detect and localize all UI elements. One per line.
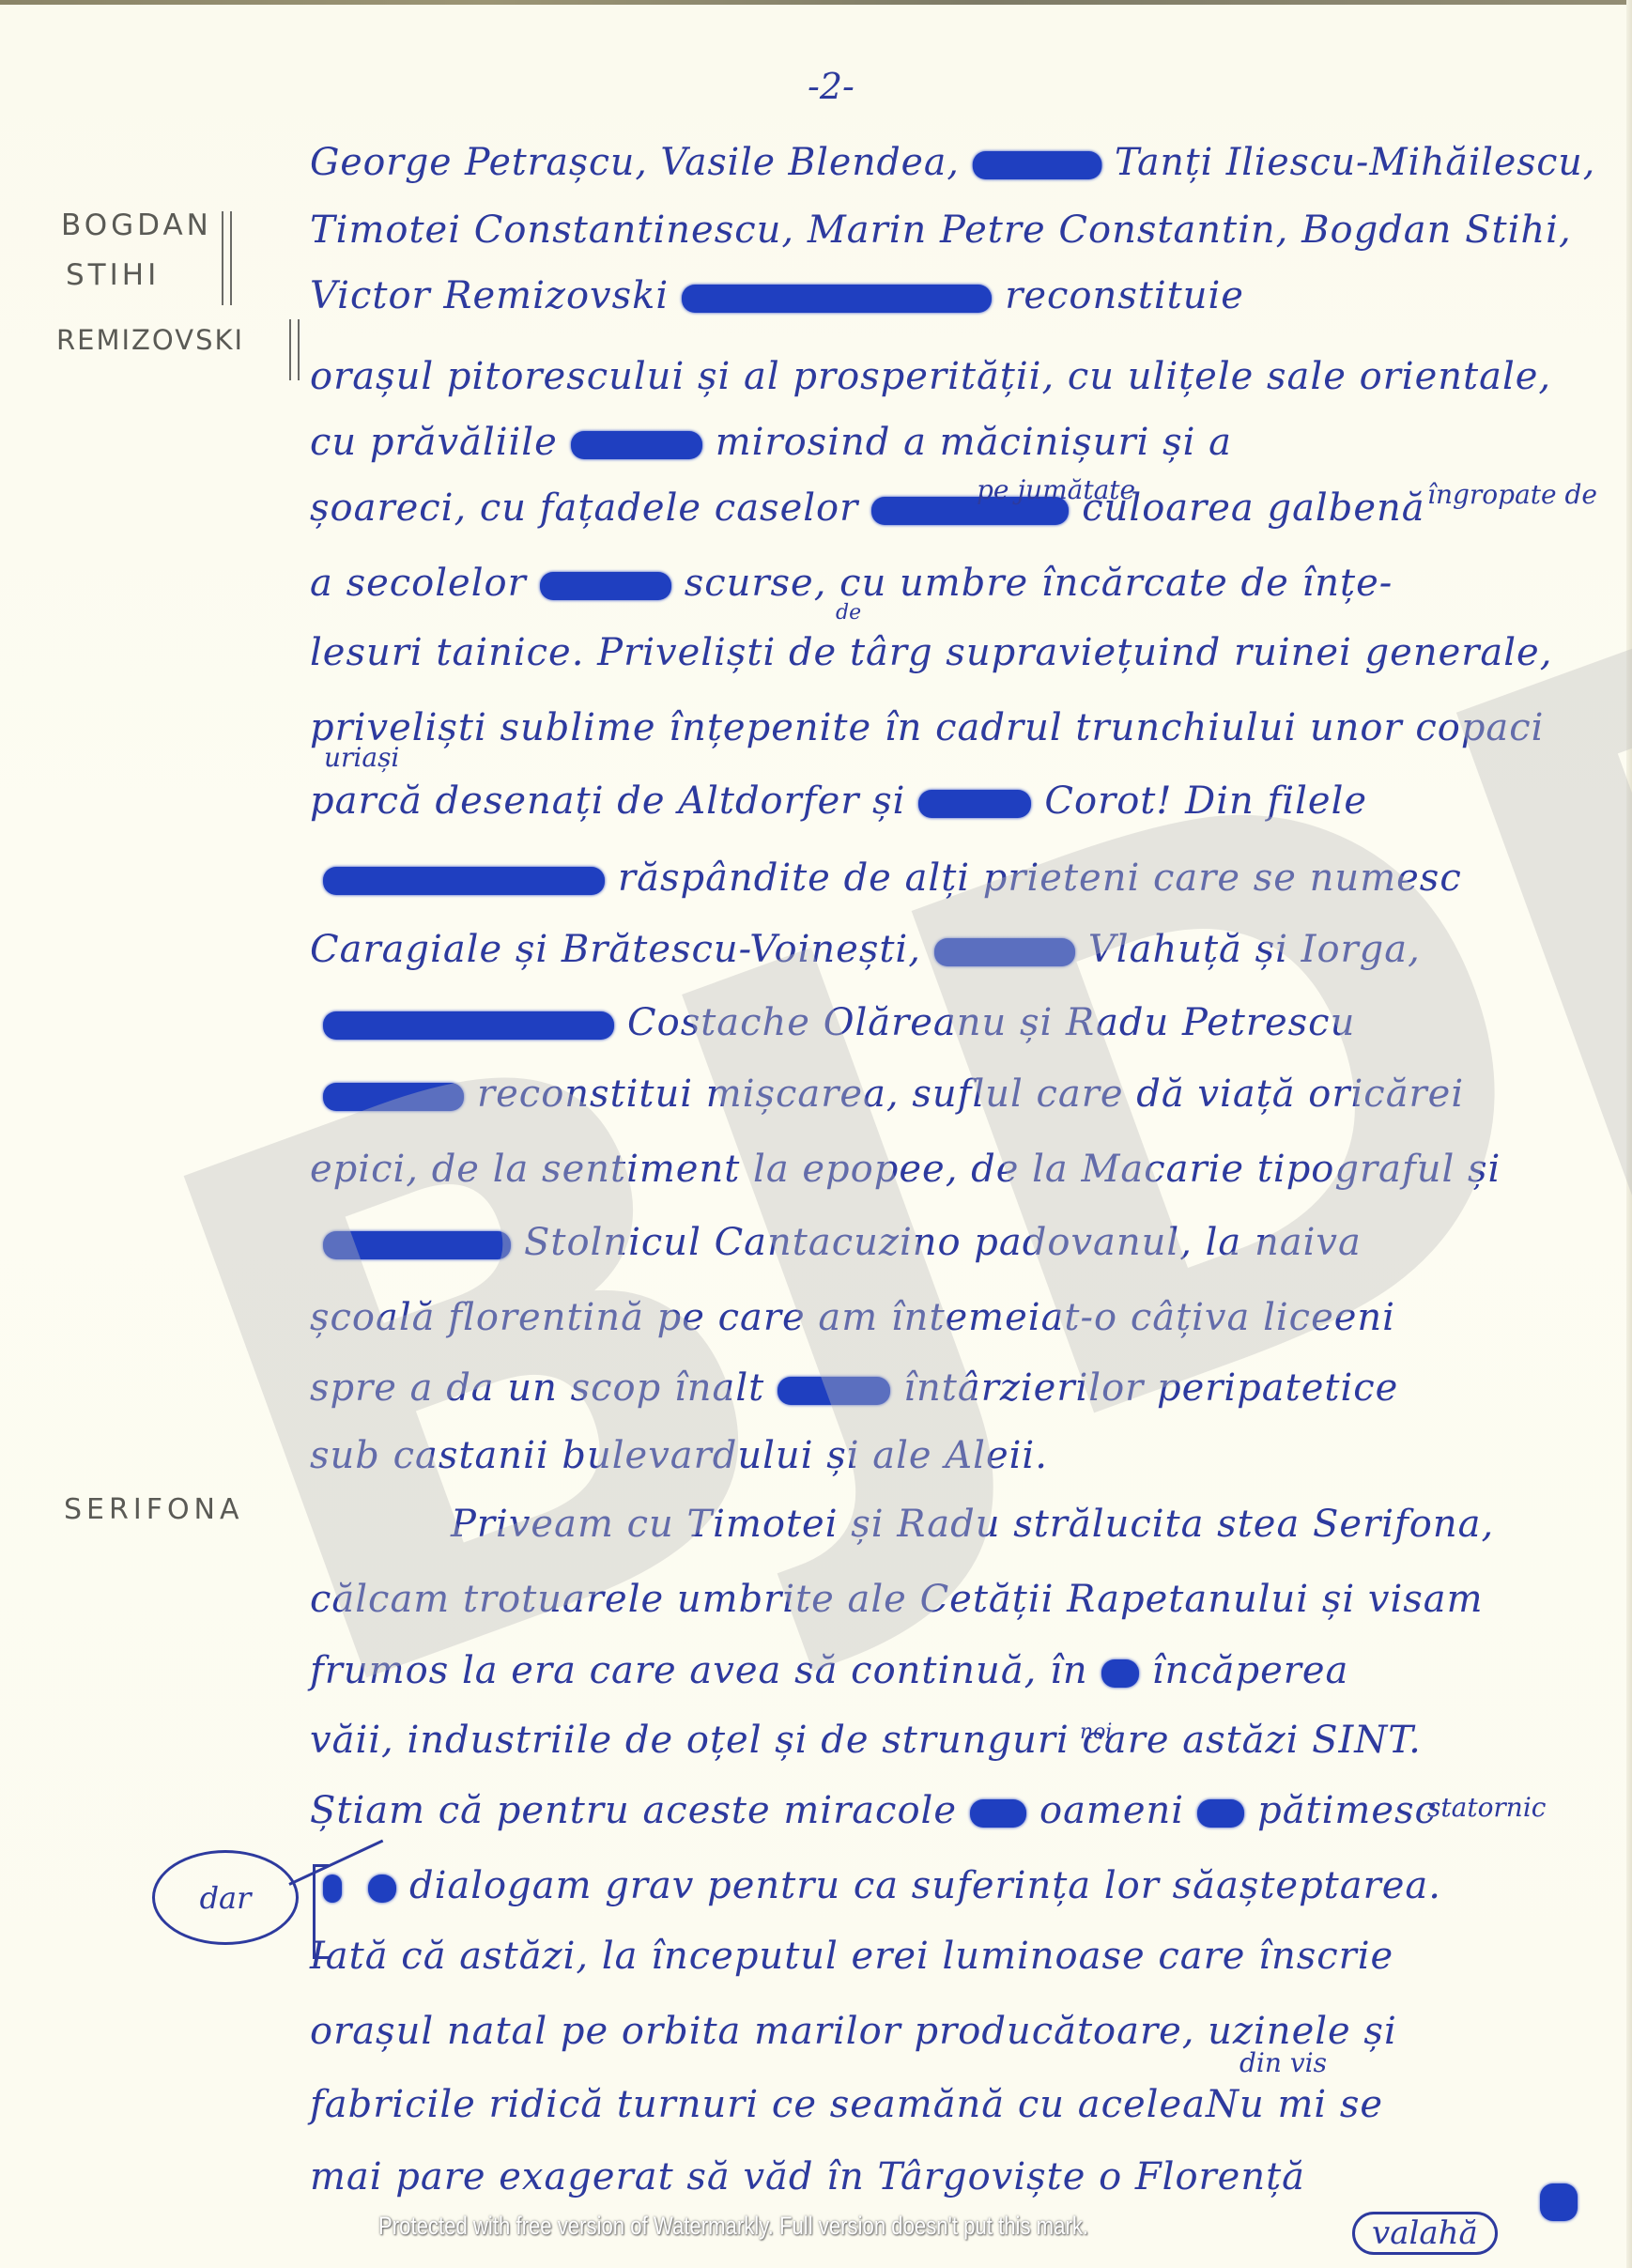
margin-note-remizovski: REMIZOVSKI	[56, 324, 244, 356]
redaction-mark	[1101, 1659, 1139, 1688]
redaction-mark	[973, 151, 1102, 179]
paper-right-edge	[1626, 0, 1632, 2268]
line-text: reconstitui mișcarea, suflul care dă via…	[477, 1072, 1464, 1116]
insertion-de: de	[836, 601, 861, 625]
manuscript-line: dialogam grav pentru ca suferința lor să…	[310, 1864, 1441, 1907]
line-text: Costache Olăreanu și Radu Petrescu	[627, 1001, 1355, 1044]
margin-double-bar	[289, 319, 300, 380]
line-text: epici, de la sentiment la epopee, de la …	[310, 1148, 1501, 1191]
line-text: întârzierilor peripatetice	[903, 1366, 1398, 1410]
note-text: dar	[200, 1880, 252, 1916]
insertion-pe-jumatate: pe jumătate	[977, 474, 1135, 505]
redaction-mark	[778, 1377, 890, 1405]
redaction-mark	[540, 572, 671, 600]
manuscript-line: Caragiale și Brătescu-Voinești,Vlahuță ș…	[310, 928, 1421, 971]
line-text: Nu mi se	[1206, 2083, 1383, 2126]
redaction-mark	[934, 938, 1075, 966]
line-text: frumos la era care avea să continuă, în	[310, 1649, 1088, 1692]
manuscript-line: parcă desenați de Altdorfer șiCorot! Din…	[310, 779, 1367, 823]
line-text: orașul natal pe orbita marilor producăto…	[310, 2010, 1397, 2053]
insertion-uriasi: uriași	[324, 742, 399, 773]
paper-top-edge	[0, 0, 1632, 5]
redaction-mark	[323, 1011, 614, 1040]
redaction-mark	[1540, 2183, 1578, 2221]
manuscript-line: priveliști sublime înțepenite în cadrul …	[310, 706, 1544, 749]
insertion-noi: noi	[1080, 1720, 1112, 1744]
line-text: răspândite de alți prieteni care se nume…	[618, 856, 1462, 900]
redaction-mark	[323, 1875, 342, 1903]
line-text: orașul pitorescului și al prosperității,…	[310, 355, 1551, 398]
line-text: Știam că pentru aceste miracole	[310, 1789, 957, 1832]
manuscript-line: Iată că astăzi, la începutul erei lumino…	[310, 1935, 1393, 1978]
insertion-ingropate-de: îngropate de	[1427, 479, 1597, 510]
redaction-mark	[1197, 1799, 1244, 1828]
line-text: parcă desenați de Altdorfer și	[310, 779, 905, 823]
line-text: George Petrașcu, Vasile Blendea,	[310, 141, 960, 184]
watermarkly-notice: Protected with free version of Watermark…	[378, 2212, 1088, 2241]
line-text: văii, industriile de oțel și de strungur…	[310, 1719, 1422, 1762]
manuscript-line: răspândite de alți prieteni care se nume…	[310, 856, 1462, 900]
manuscript-line: Știam că pentru aceste miracoleoamenipăt…	[310, 1789, 1437, 1832]
line-text: mai pare exagerat să văd în Târgoviște o…	[310, 2155, 1305, 2199]
manuscript-line: fabricile ridică turnuri ce seamănă cu a…	[310, 2083, 1383, 2126]
line-text: dialogam grav pentru ca suferința lor să	[409, 1864, 1216, 1907]
manuscript-line: orașul pitorescului și al prosperității,…	[310, 355, 1551, 398]
line-text: spre a da un scop înalt	[310, 1366, 764, 1410]
line-text: șoareci, cu fațadele caselor	[310, 486, 858, 530]
line-text: mirosind a măcinișuri și a	[716, 421, 1232, 464]
manuscript-line: Costache Olăreanu și Radu Petrescu	[310, 1001, 1355, 1044]
margin-note-stihi: STIHI	[66, 258, 160, 292]
redaction-mark	[323, 1231, 511, 1259]
redaction-mark	[368, 1875, 396, 1903]
line-text: pătimesc	[1257, 1789, 1437, 1832]
line-text: școală florentină pe care am întemeiat-o…	[310, 1296, 1395, 1339]
redaction-mark	[323, 1083, 464, 1111]
line-text: fabricile ridică turnuri ce seamănă cu a…	[310, 2083, 1206, 2126]
manuscript-line: lesuri tainice. Priveliști de târg supra…	[310, 631, 1552, 674]
line-text: Victor Remizovski	[310, 274, 669, 317]
line-text: sub castanii bulevardului și ale Aleii.	[310, 1434, 1048, 1477]
margin-note-bogdan: BOGDAN	[61, 208, 212, 242]
line-text: priveliști sublime înțepenite în cadrul …	[310, 706, 1544, 749]
redaction-mark	[323, 867, 605, 895]
manuscript-line: cu prăvăliilemirosind a măcinișuri și a	[310, 421, 1232, 464]
manuscript-line: frumos la era care avea să continuă, înî…	[310, 1649, 1348, 1692]
manuscript-line: Timotei Constantinescu, Marin Petre Cons…	[310, 208, 1572, 252]
manuscript-line: orașul natal pe orbita marilor producăto…	[310, 2010, 1397, 2053]
line-text: Timotei Constantinescu, Marin Petre Cons…	[310, 208, 1572, 252]
redaction-mark	[682, 285, 992, 313]
manuscript-line: reconstitui mișcarea, suflul care dă via…	[310, 1072, 1464, 1116]
line-text: călcam trotuarele umbrite ale Cetății Ra…	[310, 1578, 1484, 1621]
manuscript-line: călcam trotuarele umbrite ale Cetății Ra…	[310, 1578, 1484, 1621]
manuscript-line: mai pare exagerat să văd în Târgoviște o…	[310, 2155, 1305, 2199]
line-text: Priveam cu Timotei și Radu strălucita st…	[451, 1503, 1494, 1546]
line-text: Caragiale și Brătescu-Voinești,	[310, 928, 921, 971]
line-text: lesuri tainice. Priveliști de târg supra…	[310, 631, 1552, 674]
line-text: Stolnicul Cantacuzino padovanul, la naiv…	[524, 1221, 1362, 1264]
line-text: oameni	[1039, 1789, 1184, 1832]
line-text: Iată că astăzi, la începutul erei lumino…	[310, 1935, 1393, 1978]
line-text: așteptarea.	[1216, 1864, 1441, 1907]
manuscript-line: a secolelorscurse, cu umbre încărcate de…	[310, 562, 1393, 605]
manuscript-line: George Petrașcu, Vasile Blendea,Tanți Il…	[310, 141, 1595, 184]
line-text: cu prăvăliile	[310, 421, 558, 464]
page-number: -2-	[808, 66, 854, 107]
insertion-valaha: valahă	[1352, 2212, 1498, 2255]
redaction-mark	[571, 431, 702, 459]
manuscript-line: văii, industriile de oțel și de strungur…	[310, 1719, 1422, 1762]
line-text: Vlahuță și Iorga,	[1088, 928, 1421, 971]
line-text: reconstituie	[1005, 274, 1244, 317]
manuscript-line: Victor Remizovskireconstituie	[310, 274, 1244, 317]
manuscript-line: șoareci, cu fațadele caselorculoarea gal…	[310, 486, 1425, 530]
circled-note-dar: dar	[152, 1850, 299, 1945]
redaction-mark	[918, 790, 1031, 818]
insertion-statornic: statornic	[1427, 1792, 1546, 1823]
line-text: încăperea	[1152, 1649, 1349, 1692]
line-text: Corot! Din filele	[1044, 779, 1367, 823]
manuscript-line: sub castanii bulevardului și ale Aleii.	[310, 1434, 1048, 1477]
redaction-mark	[970, 1799, 1026, 1828]
line-text: Tanți Iliescu-Mihăilescu,	[1115, 141, 1595, 184]
line-text: a secolelor	[310, 562, 527, 605]
insertion-din-vis: din vis	[1239, 2047, 1327, 2078]
manuscript-line: spre a da un scop înaltîntârzierilor per…	[310, 1366, 1398, 1410]
manuscript-line: Stolnicul Cantacuzino padovanul, la naiv…	[310, 1221, 1362, 1264]
manuscript-line: epici, de la sentiment la epopee, de la …	[310, 1148, 1501, 1191]
manuscript-line: Priveam cu Timotei și Radu strălucita st…	[451, 1503, 1494, 1546]
line-text: scurse, cu umbre încărcate de înțe-	[685, 562, 1393, 605]
margin-double-bar	[222, 211, 232, 305]
manuscript-line: școală florentină pe care am întemeiat-o…	[310, 1296, 1395, 1339]
manuscript-page: -2- BOGDAN STIHI REMIZOVSKI SERIFONA dar…	[0, 0, 1632, 2268]
margin-note-serifona: SERIFONA	[64, 1493, 244, 1526]
